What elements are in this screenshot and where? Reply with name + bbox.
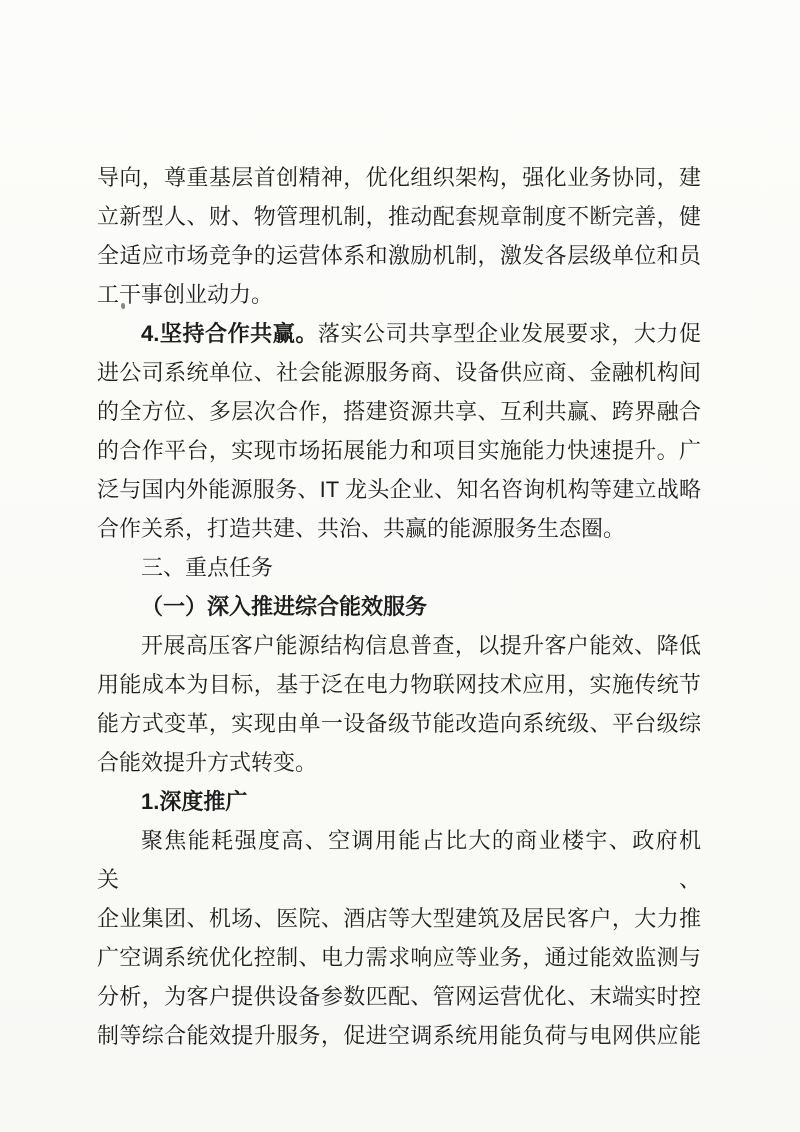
text-segment: 全适应市场竞争的运营体系和激励机制，激发各层级单位和员: [97, 243, 701, 268]
bold-text-segment: 1.深度推广: [141, 789, 247, 814]
text-segment: 工干事创业动力。: [97, 282, 273, 307]
text-segment: 进公司系统单位、社会能源服务商、设备供应商、金融机构间: [97, 360, 701, 385]
item-heading: 1.深度推广: [97, 782, 701, 821]
body-line: 聚焦能耗强度高、空调用能占比大的商业楼宇、政府机关、: [97, 821, 701, 899]
body-line: 广空调系统优化控制、电力需求响应等业务，通过能效监测与: [97, 938, 701, 977]
text-segment: 开展高压客户能源结构信息普查，以提升客户能效、降低: [141, 633, 701, 658]
body-line: 导向，尊重基层首创精神，优化组织架构，强化业务协同，建: [97, 158, 701, 197]
body-line: 制等综合能效提升服务，促进空调系统用能负荷与电网供应能: [97, 1016, 701, 1055]
point-4-line: 4.坚持合作共赢。落实公司共享型企业发展要求，大力促: [97, 314, 701, 353]
text-segment: 三、重点任务: [141, 555, 273, 580]
text-segment: 聚焦能耗强度高、空调用能占比大的商业楼宇、政府机关、: [97, 828, 701, 892]
text-segment: 导向，尊重基层首创精神，优化组织架构，强化业务协同，建: [97, 165, 701, 190]
text-segment: 泛与国内外能源服务、IT 龙头企业、知名咨询机构等建立战略: [97, 477, 701, 502]
text-segment: 企业集团、机场、医院、酒店等大型建筑及居民客户，大力推: [97, 906, 701, 931]
body-line: 进公司系统单位、社会能源服务商、设备供应商、金融机构间: [97, 353, 701, 392]
body-line: 立新型人、财、物管理机制，推动配套规章制度不断完善，健: [97, 197, 701, 236]
text-segment: 落实公司共享型企业发展要求，大力促: [318, 321, 701, 346]
body-line: 合作关系，打造共建、共治、共赢的能源服务生态圈。: [97, 509, 701, 548]
text-segment: 分析，为客户提供设备参数匹配、管网运营优化、末端实时控: [97, 984, 701, 1009]
body-line: 开展高压客户能源结构信息普查，以提升客户能效、降低: [97, 626, 701, 665]
body-line: 能方式变革，实现由单一设备级节能改造向系统级、平台级综: [97, 704, 701, 743]
body-line: 工干事创业动力。: [97, 275, 701, 314]
body-line: 企业集团、机场、医院、酒店等大型建筑及居民客户，大力推: [97, 899, 701, 938]
body-line: 的全方位、多层次合作，搭建资源共享、互利共赢、跨界融合: [97, 392, 701, 431]
body-line: 分析，为客户提供设备参数匹配、管网运营优化、末端实时控: [97, 977, 701, 1016]
text-segment: 立新型人、财、物管理机制，推动配套规章制度不断完善，健: [97, 204, 701, 229]
body-line: 泛与国内外能源服务、IT 龙头企业、知名咨询机构等建立战略: [97, 470, 701, 509]
text-segment: 用能成本为目标，基于泛在电力物联网技术应用，实施传统节: [97, 672, 701, 697]
body-line: 用能成本为目标，基于泛在电力物联网技术应用，实施传统节: [97, 665, 701, 704]
document-page: 导向，尊重基层首创精神，优化组织架构，强化业务协同，建立新型人、财、物管理机制，…: [0, 0, 800, 1132]
text-segment: 合作关系，打造共建、共治、共赢的能源服务生态圈。: [97, 516, 625, 541]
text-segment: 的合作平台，实现市场拓展能力和项目实施能力快速提升。广: [97, 438, 701, 463]
text-segment: 制等综合能效提升服务，促进空调系统用能负荷与电网供应能: [97, 1023, 701, 1048]
bold-text-segment: （一）深入推进综合能效服务: [141, 594, 427, 619]
section-heading: 三、重点任务: [97, 548, 701, 587]
body-line: 的合作平台，实现市场拓展能力和项目实施能力快速提升。广: [97, 431, 701, 470]
text-column: 导向，尊重基层首创精神，优化组织架构，强化业务协同，建立新型人、财、物管理机制，…: [97, 158, 701, 1055]
text-segment: 的全方位、多层次合作，搭建资源共享、互利共赢、跨界融合: [97, 399, 701, 424]
bold-text-segment: 4.坚持合作共赢。: [141, 321, 318, 346]
body-line: 全适应市场竞争的运营体系和激励机制，激发各层级单位和员: [97, 236, 701, 275]
body-line: 合能效提升方式转变。: [97, 743, 701, 782]
text-segment: 能方式变革，实现由单一设备级节能改造向系统级、平台级综: [97, 711, 701, 736]
subsection-heading: （一）深入推进综合能效服务: [97, 587, 701, 626]
text-segment: 广空调系统优化控制、电力需求响应等业务，通过能效监测与: [97, 945, 701, 970]
text-segment: 合能效提升方式转变。: [97, 750, 317, 775]
